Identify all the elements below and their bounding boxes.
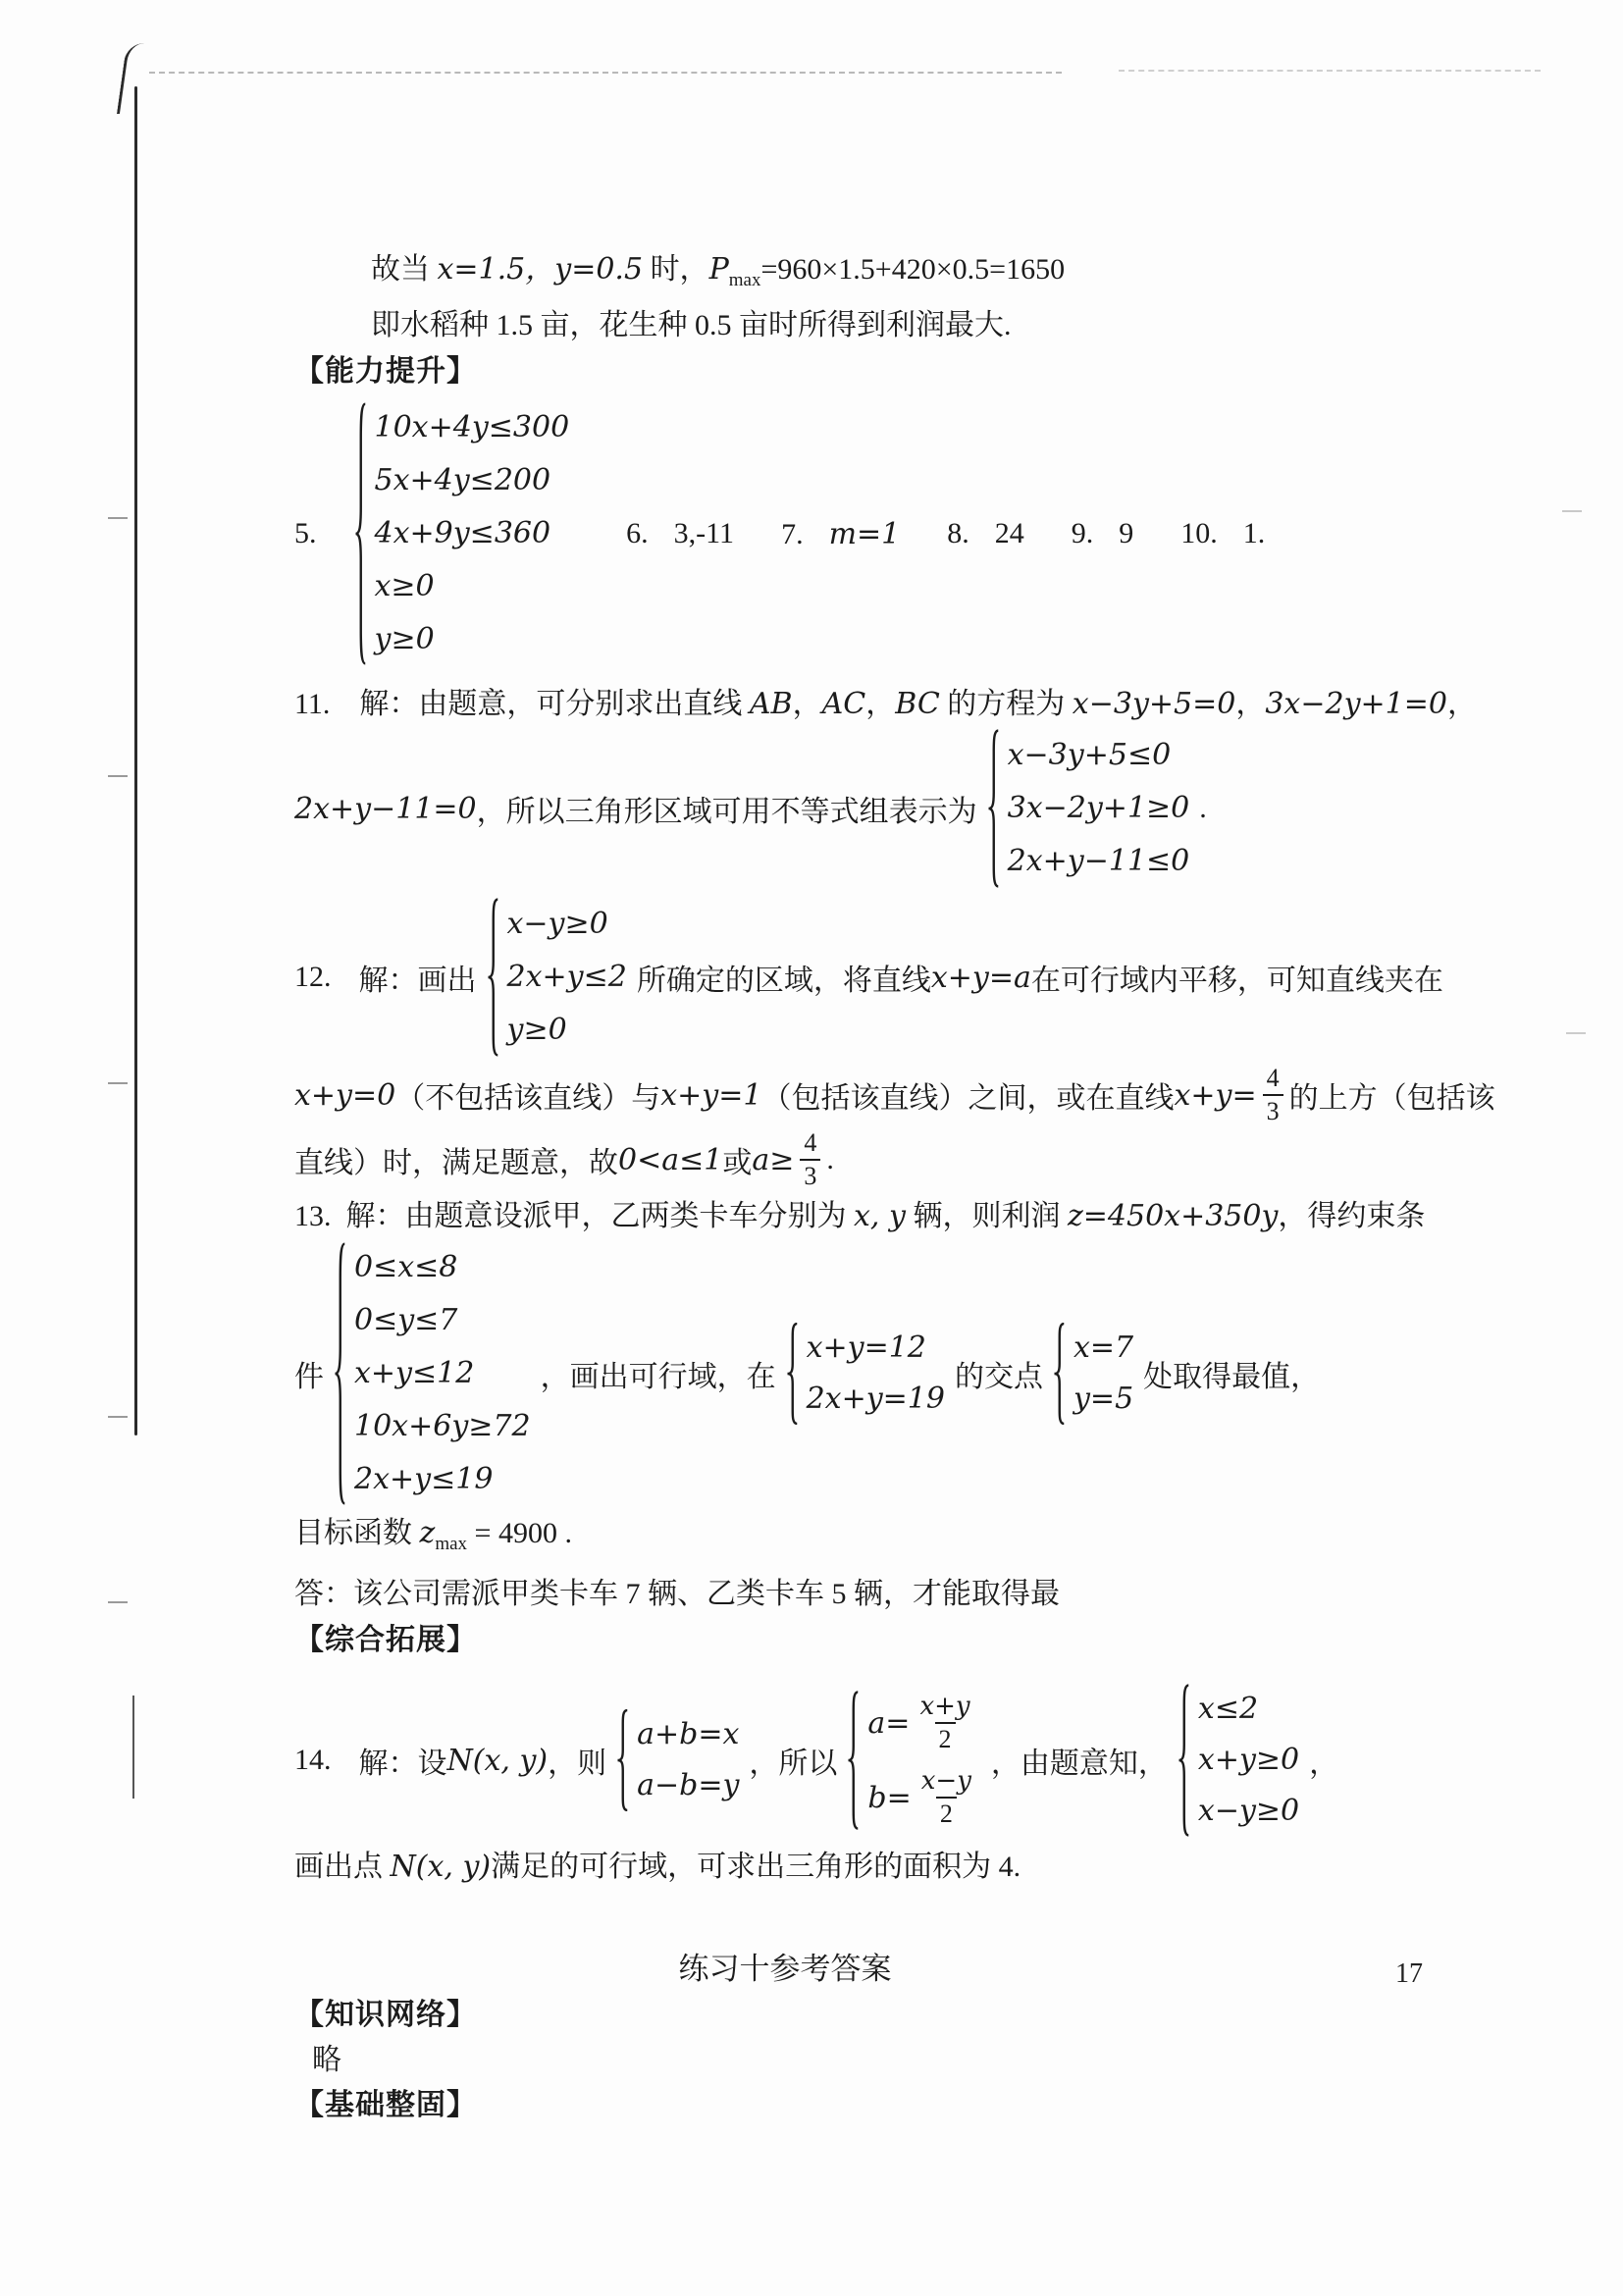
- text-fragment: 所确定的区域，将直线: [637, 956, 931, 999]
- numerator: 4: [800, 1127, 820, 1159]
- inequality: 10x+4y≤300: [375, 401, 570, 454]
- pmax-line: 故当 x=1.5，y=0.5 时，Pmax=960×1.5+420×0.5=16…: [294, 247, 1487, 303]
- equation: x+y=12: [807, 1323, 945, 1374]
- margin-tick: [108, 1082, 128, 1084]
- inequality-system: x≤2 x+y≥0 x−y≥0: [1178, 1684, 1299, 1837]
- answer-8: 8.24: [900, 517, 1024, 550]
- equation: a−b=y: [637, 1760, 739, 1811]
- text-fragment: ，画出可行域，在: [541, 1352, 776, 1395]
- answer-6: 6.3,-11: [579, 517, 734, 550]
- math-fragment: z: [420, 1516, 436, 1550]
- left-brace-icon: [334, 1241, 348, 1506]
- system-lines: x−3y+5≤0 3x−2y+1≥0 2x+y−11≤0: [1002, 729, 1190, 888]
- left-brace-icon: [1053, 1323, 1068, 1425]
- left-brace-icon: [786, 1323, 801, 1425]
- inequality: 4x+9y≤360: [375, 507, 570, 560]
- system-lines: a=x+y2 b=x−y2: [862, 1691, 980, 1830]
- answer-value: 1.: [1243, 517, 1266, 550]
- math-fragment: x=1.5，y=0.5: [438, 252, 644, 287]
- equation: 2x+y=19: [807, 1374, 945, 1425]
- section-comprehensive: 【综合拓展】: [294, 1617, 1487, 1664]
- denominator: 2: [936, 1797, 957, 1830]
- text-fragment: .: [1199, 792, 1207, 825]
- fraction: 43: [1263, 1063, 1283, 1127]
- math-fragment: b=: [867, 1781, 911, 1815]
- math-fragment: P: [709, 252, 729, 287]
- equation: x=7: [1073, 1323, 1133, 1374]
- margin-tick: [108, 1601, 128, 1603]
- problem-number: 13.: [294, 1200, 332, 1232]
- text-fragment: ，: [1309, 1739, 1338, 1782]
- answer-7: 7.m=1: [734, 517, 900, 551]
- margin-tick: [108, 775, 128, 777]
- numerator: x−y: [917, 1765, 975, 1797]
- inequality-system: x−y≥0 2x+y≤2 y≥0: [487, 898, 627, 1057]
- left-brace-icon: [1178, 1684, 1192, 1837]
- text-fragment: ，则: [548, 1739, 606, 1782]
- denominator: 2: [935, 1722, 956, 1755]
- document-page: 故当 x=1.5，y=0.5 时，Pmax=960×1.5+420×0.5=16…: [294, 247, 1487, 2129]
- equation: a+b=x: [637, 1709, 739, 1760]
- text-fragment: 时，: [643, 253, 709, 286]
- answer-9: 9.9: [1024, 517, 1134, 550]
- inequality: x≥0: [375, 560, 570, 613]
- text-fragment: ，由题意知，: [991, 1739, 1168, 1782]
- fraction-system: a=x+y2 b=x−y2: [847, 1691, 980, 1830]
- fraction: x−y2: [917, 1765, 975, 1830]
- section-knowledge: 【知识网络】: [294, 1992, 1487, 2039]
- constraint-system: 0≤x≤8 0≤y≤7 x+y≤12 10x+6y≥72 2x+y≤19: [334, 1241, 531, 1506]
- section-ability: 【能力提升】: [294, 348, 1487, 395]
- answer-line: 答：该公司需派甲类卡车 7 辆、乙类卡车 5 辆，才能取得最: [294, 1572, 1487, 1617]
- inequality-system: x−3y+5≤0 3x−2y+1≥0 2x+y−11≤0: [987, 729, 1190, 888]
- equation: a=x+y2: [867, 1691, 980, 1755]
- text-fragment: 或: [722, 1138, 752, 1181]
- equation-system: x+y=12 2x+y=19: [786, 1323, 945, 1425]
- inequality: x≤2: [1198, 1684, 1299, 1735]
- equation-system: a+b=x a−b=y: [616, 1709, 739, 1811]
- text-fragment: 解：由题意设派甲，乙两类卡车分别为: [346, 1200, 855, 1232]
- text-fragment: ，所以: [749, 1739, 837, 1782]
- scan-edge-line: [134, 86, 137, 1435]
- system-lines: x=7 y=5: [1068, 1323, 1133, 1425]
- left-brace-icon: [616, 1709, 631, 1811]
- subscript: max: [729, 270, 761, 290]
- objective-line: 目标函数 zmax = 4900 .: [294, 1506, 1487, 1572]
- fraction: x+y2: [916, 1691, 973, 1755]
- left-brace-icon: [987, 729, 1002, 888]
- scan-mark-left: [132, 1696, 134, 1799]
- numerator: 4: [1263, 1063, 1283, 1094]
- margin-tick: [108, 1416, 128, 1418]
- fraction: 43: [800, 1127, 820, 1192]
- problem-number: 14.: [294, 1744, 332, 1777]
- left-brace-icon: [847, 1691, 862, 1830]
- math-fragment: x+y=a: [931, 961, 1031, 995]
- problem-13-line1: 13. 解：由题意设派甲，乙两类卡车分别为 x, y 辆，则利润 z=450x+…: [294, 1194, 1487, 1239]
- text-fragment: 件: [294, 1352, 324, 1395]
- system-lines: x−y≥0 2x+y≤2 y≥0: [501, 898, 627, 1057]
- text-fragment: （不包括该直线）与: [395, 1073, 660, 1117]
- text-fragment: 直线）时，满足题意，故: [294, 1138, 618, 1181]
- answer-number: 10.: [1180, 517, 1218, 550]
- problem-14-last-line: 画出点 N(x, y)满足的可行域，可求出三角形的面积为 4.: [294, 1845, 1487, 1890]
- inequality: 2x+y≤2: [507, 951, 627, 1004]
- answer-value: 3,-11: [674, 517, 734, 550]
- text-fragment: ，得约束条: [1278, 1200, 1425, 1232]
- inequality: 5x+4y≤200: [375, 454, 570, 507]
- margin-tick: [108, 517, 128, 519]
- inequality: 2x+y≤19: [354, 1453, 531, 1506]
- answer-value: 9: [1119, 517, 1133, 550]
- problem-11-line1: 11. 解：由题意，可分别求出直线 AB，AC，BC 的方程为 x−3y+5=0…: [294, 682, 1487, 727]
- equation: y=5: [1073, 1374, 1133, 1425]
- math-fragment: N(x, y): [391, 1850, 492, 1884]
- omitted-text: 略: [294, 2039, 1487, 2082]
- math-fragment: x+y=: [1174, 1078, 1256, 1113]
- inequality: 2x+y−11≤0: [1008, 835, 1190, 888]
- inequality: y≥0: [375, 613, 570, 666]
- text-fragment: 画出点: [294, 1851, 391, 1883]
- answer-number: 9.: [1072, 517, 1094, 550]
- numerator: x+y: [916, 1691, 973, 1722]
- answer-number: 8.: [947, 517, 969, 550]
- text-fragment: 目标函数: [294, 1517, 420, 1549]
- math-fragment: x+y=0: [294, 1078, 395, 1113]
- math-fragment: x+y=1: [660, 1078, 761, 1113]
- text-fragment: （包括该直线）之间，或在直线: [761, 1073, 1174, 1117]
- system-lines: 10x+4y≤300 5x+4y≤200 4x+9y≤360 x≥0 y≥0: [369, 401, 570, 666]
- math-fragment: a=: [867, 1706, 910, 1741]
- inequality: 0≤x≤8: [354, 1241, 531, 1294]
- text-fragment: .: [826, 1143, 834, 1176]
- math-fragment: x, y: [854, 1199, 906, 1233]
- text-fragment: 在可行域内平移，可知直线夹在: [1031, 956, 1443, 999]
- denominator: 3: [1263, 1094, 1283, 1127]
- text-fragment: 辆，则利润: [906, 1200, 1068, 1232]
- text-fragment: 的上方（包括该: [1289, 1073, 1495, 1117]
- scan-dashed-line-right: [1119, 70, 1541, 72]
- inequality: x+y≤12: [354, 1347, 531, 1400]
- math-fragment: N(x, y): [447, 1744, 549, 1778]
- text-fragment: ，所以三角形区域可用不等式组表示为: [477, 787, 977, 830]
- math-fragment: a≥: [752, 1143, 794, 1177]
- math-fragment: 0<a≤1: [618, 1143, 722, 1177]
- equation: b=x−y2: [867, 1765, 980, 1830]
- inequality-system: 10x+4y≤300 5x+4y≤200 4x+9y≤360 x≥0 y≥0: [354, 401, 570, 666]
- problem-5: 5. 10x+4y≤300 5x+4y≤200 4x+9y≤360 x≥0 y≥…: [294, 401, 1487, 666]
- problem-number: 5.: [294, 517, 317, 550]
- inequality: x+y≥0: [1198, 1735, 1299, 1786]
- margin-tick: [1562, 510, 1582, 512]
- subscript: max: [435, 1534, 467, 1554]
- inequality: 0≤y≤7: [354, 1294, 531, 1347]
- denominator: 3: [800, 1159, 820, 1192]
- math-fragment: 2x+y−11=0: [294, 792, 477, 826]
- section-basic: 【基础整固】: [294, 2082, 1487, 2129]
- math-fragment: = 4900 .: [467, 1517, 572, 1549]
- scan-dashed-line: [149, 72, 1062, 74]
- left-brace-icon: [354, 401, 369, 666]
- math-fragment: AC: [822, 687, 866, 721]
- left-brace-icon: [487, 898, 501, 1057]
- system-lines: 0≤x≤8 0≤y≤7 x+y≤12 10x+6y≥72 2x+y≤19: [348, 1241, 531, 1506]
- page-number: 17: [1395, 1958, 1423, 1990]
- inequality: x−y≥0: [507, 898, 627, 951]
- conclusion-line: 即水稻种 1.5 亩，花生种 0.5 亩时所得到利润最大.: [294, 303, 1487, 348]
- problem-12-line3: 直线）时，满足题意，故 0<a≤1 或 a≥ 43 .: [294, 1127, 1487, 1192]
- math-fragment: x−3y+5=0: [1073, 687, 1236, 721]
- text-fragment: 满足的可行域，可求出三角形的面积为 4.: [491, 1851, 1021, 1883]
- text-fragment: ，: [793, 688, 822, 720]
- text-fragment: 解：设: [359, 1739, 447, 1782]
- problem-11-line2: 2x+y−11=0 ，所以三角形区域可用不等式组表示为 x−3y+5≤0 3x−…: [294, 729, 1487, 888]
- text-fragment: 处取得最值，: [1143, 1352, 1320, 1395]
- inequality: y≥0: [507, 1004, 627, 1057]
- inequality: 3x−2y+1≥0: [1008, 782, 1190, 835]
- inequality: x−y≥0: [1198, 1786, 1299, 1837]
- problem-14: 14. 解：设 N(x, y) ，则 a+b=x a−b=y ，所以 a=x+y…: [294, 1684, 1487, 1837]
- text-fragment: 故当: [371, 253, 438, 286]
- answer-number: 6.: [626, 517, 649, 550]
- exercise-ten-heading: 练习十参考答案: [294, 1947, 1276, 1992]
- answer-number: 7.: [781, 518, 804, 551]
- text-fragment: 的交点: [955, 1352, 1043, 1395]
- system-lines: x+y=12 2x+y=19: [801, 1323, 945, 1425]
- inequality: x−3y+5≤0: [1008, 729, 1190, 782]
- text-fragment: 解：由题意，可分别求出直线: [359, 688, 750, 720]
- problem-12-line2: x+y=0 （不包括该直线）与 x+y=1 （包括该直线）之间，或在直线 x+y…: [294, 1063, 1487, 1127]
- system-lines: x≤2 x+y≥0 x−y≥0: [1192, 1684, 1299, 1837]
- problem-number: 11.: [294, 688, 330, 720]
- solution-point-system: x=7 y=5: [1053, 1323, 1133, 1425]
- problem-12-line1: 12. 解：画出 x−y≥0 2x+y≤2 y≥0 所确定的区域，将直线 x+y…: [294, 898, 1487, 1057]
- problem-13-block: 件 0≤x≤8 0≤y≤7 x+y≤12 10x+6y≥72 2x+y≤19 ，…: [294, 1241, 1487, 1506]
- answer-10: 10.1.: [1133, 517, 1265, 550]
- pen-mark: [117, 43, 148, 114]
- text-fragment: 的方程为: [940, 688, 1073, 720]
- text-fragment: 解：画出: [359, 956, 477, 999]
- inequality: 10x+6y≥72: [354, 1400, 531, 1453]
- text-fragment: ，: [865, 688, 895, 720]
- math-fragment: =960×1.5+420×0.5=1650: [760, 253, 1065, 286]
- margin-tick: [1566, 1032, 1586, 1034]
- math-fragment: BC: [895, 687, 940, 721]
- math-fragment: z=450x+350y: [1068, 1199, 1278, 1233]
- math-fragment: 3x−2y+1=0: [1265, 687, 1447, 721]
- text-fragment: ，: [1235, 688, 1265, 720]
- answer-value: 24: [995, 517, 1024, 550]
- problem-number: 12.: [294, 961, 332, 994]
- system-lines: a+b=x a−b=y: [631, 1709, 739, 1811]
- answer-value: m=1: [829, 517, 901, 551]
- text-fragment: ，: [1447, 688, 1477, 720]
- math-fragment: AB: [750, 687, 793, 721]
